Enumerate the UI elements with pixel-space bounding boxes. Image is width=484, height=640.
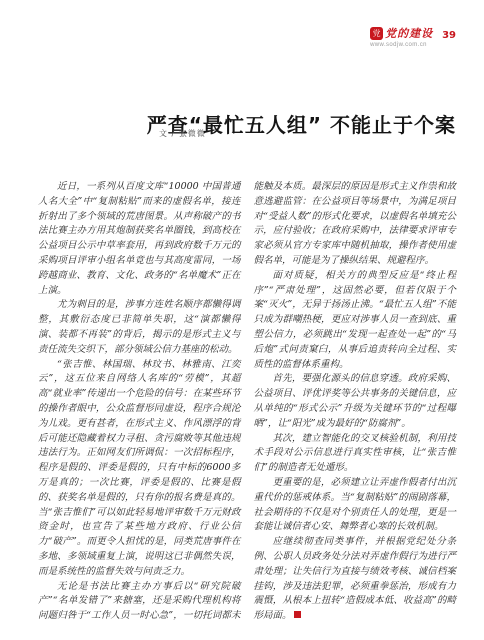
paragraph: “张吉惟、林国瑞、林玟书、林雅南、江奕云”，这五位来自网络人名库的“劳模”，其超… <box>38 358 241 580</box>
article-end-mark-icon <box>294 611 301 618</box>
paragraph-text: 应继续彻查同类事件，并根据党纪处分条例、公职人员政务处分法对弄虚作假行为进行严肃… <box>254 536 457 621</box>
brand-name: 党的建设 <box>385 25 433 41</box>
article-title: 严查“最忙五人组” 不能止于个案 <box>38 109 456 138</box>
article-byline: 文 / 张微微 <box>159 128 206 139</box>
brand-url: www.sodjw.com.cn <box>370 42 427 48</box>
paragraph: 首先，要强化源头的信息穿透。政府采购、公益项目、评优评奖等公共事务的关键信息，应… <box>254 372 457 431</box>
paragraph: 近日，一系列从百度文库“10000 中国普通人名大全”中“复制粘贴”而来的虚假名… <box>38 180 241 298</box>
logo-row: 党 党的建设 <box>370 25 433 41</box>
page-number: 39 <box>442 30 456 41</box>
party-seal-icon: 党 <box>370 27 383 40</box>
paragraph: 应继续彻查同类事件，并根据党纪处分条例、公职人员政务处分法对弄虚作假行为进行严肃… <box>254 535 457 624</box>
paragraph: 其次，建立智能化的交叉核验机制，利用技术手段对公示信息进行真实性审核，让“张吉惟… <box>254 432 457 476</box>
masthead: 党 党的建设 www.sodjw.com.cn 39 <box>370 25 456 48</box>
paragraph: 尤为刺目的是，涉事方连姓名顺序都懒得调整，其敷衍态度已非简单失职，这“演都懒得演… <box>38 298 241 357</box>
paragraph: 更重要的是，必须建立让弄虚作假者付出沉重代价的惩戒体系。当“复制粘贴”的闹剧落幕… <box>254 476 457 535</box>
magazine-logo: 党 党的建设 www.sodjw.com.cn <box>370 25 433 48</box>
article-body: 近日，一系列从百度文库“10000 中国普通人名大全”中“复制粘贴”而来的虚假名… <box>38 180 456 626</box>
paragraph: 面对质疑，相关方的典型反应是“终止程序”“严肃处理”，这固然必要，但若仅限于个案… <box>254 269 457 373</box>
